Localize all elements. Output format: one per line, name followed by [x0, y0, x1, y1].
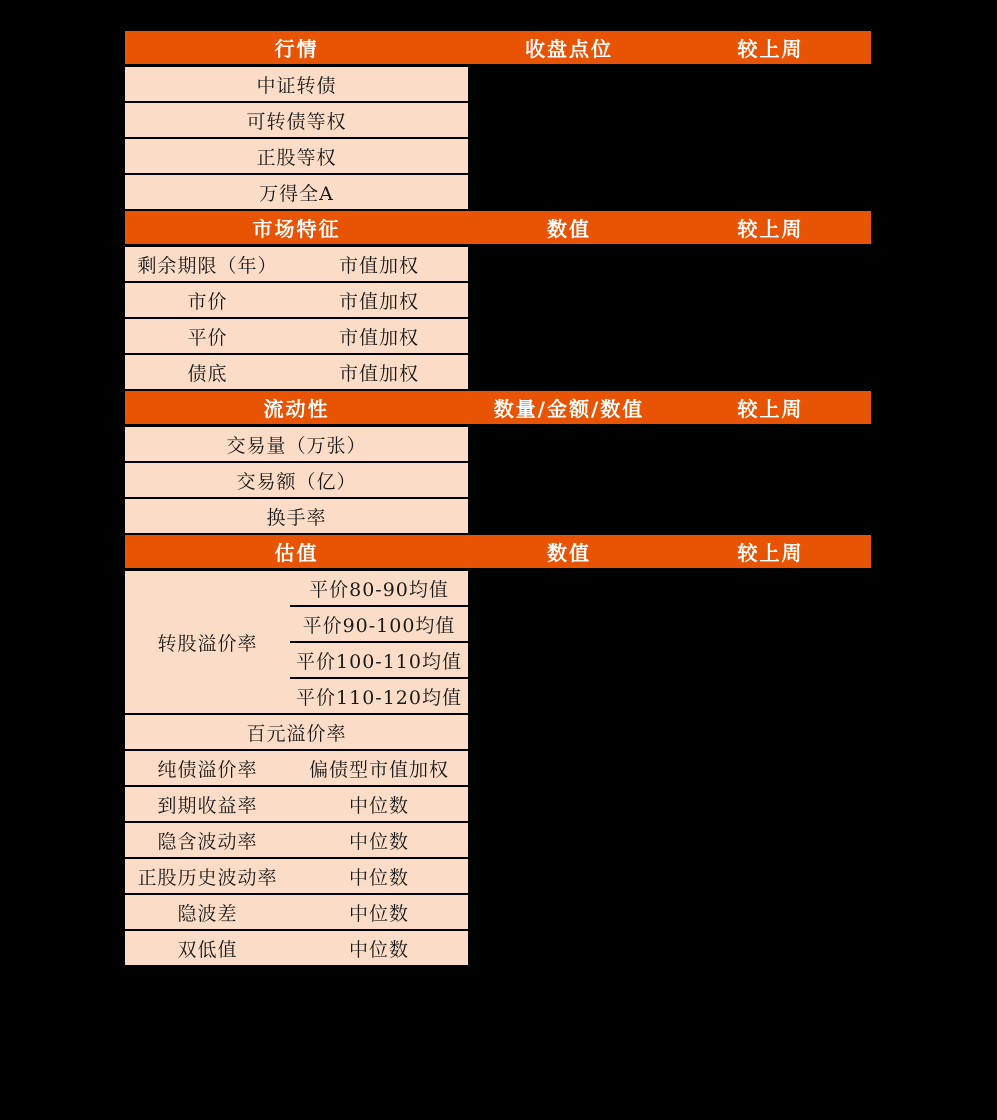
change-column-header: 较上周: [670, 213, 871, 242]
section-header-valuation: 估值 数值 较上周: [125, 535, 871, 568]
section-title: 市场特征: [125, 213, 468, 242]
row-label: 正股历史波动率: [125, 863, 290, 890]
row-label: 双低值: [125, 935, 290, 962]
section-title: 估值: [125, 537, 468, 566]
row-method: 市值加权: [290, 323, 468, 350]
table-row: 双低值 中位数: [125, 931, 468, 965]
table-row: 纯债溢价率 偏债型市值加权: [125, 751, 468, 785]
row-label: 隐含波动率: [125, 827, 290, 854]
row-label: 中证转债: [256, 71, 336, 98]
row-label: 百元溢价率: [246, 719, 346, 746]
table-row: 交易额（亿）: [125, 463, 468, 497]
row-label: 市价: [125, 287, 290, 314]
row-label: 换手率: [266, 503, 326, 530]
table-row: 平价 市值加权: [125, 319, 468, 353]
sub-row: 平价80-90均值: [290, 571, 468, 607]
table-row: 中证转债: [125, 67, 468, 101]
table-row: 债底 市值加权: [125, 355, 468, 389]
row-method: 市值加权: [290, 359, 468, 386]
section-title: 流动性: [125, 393, 468, 422]
row-label: 万得全A: [259, 179, 334, 206]
row-method: 中位数: [290, 899, 468, 926]
row-label: 剩余期限（年）: [125, 251, 290, 278]
table-row: 百元溢价率: [125, 715, 468, 749]
table-row: 隐含波动率 中位数: [125, 823, 468, 857]
row-label: 到期收益率: [125, 791, 290, 818]
table-row: 到期收益率 中位数: [125, 787, 468, 821]
row-method: 中位数: [290, 791, 468, 818]
group-sub-rows: 平价80-90均值 平价90-100均值 平价100-110均值 平价110-1…: [290, 571, 468, 713]
row-label: 可转债等权: [246, 107, 346, 134]
row-method: 偏债型市值加权: [290, 755, 468, 782]
sub-row: 平价90-100均值: [290, 607, 468, 643]
change-column-header: 较上周: [670, 537, 871, 566]
section-header-quotes: 行情 收盘点位 较上周: [125, 31, 871, 64]
table-row: 万得全A: [125, 175, 468, 209]
row-label: 债底: [125, 359, 290, 386]
rowspan-group-conversion-premium: 转股溢价率 平价80-90均值 平价90-100均值 平价100-110均值 平…: [125, 571, 468, 713]
row-label: 纯债溢价率: [125, 755, 290, 782]
row-method: 中位数: [290, 863, 468, 890]
summary-table: 行情 收盘点位 较上周 中证转债 可转债等权 正股等权 万得全A 市场特征 数值…: [125, 31, 871, 967]
row-method: 市值加权: [290, 251, 468, 278]
row-label: 正股等权: [256, 143, 336, 170]
table-row: 市价 市值加权: [125, 283, 468, 317]
row-method: 中位数: [290, 827, 468, 854]
table-row: 剩余期限（年） 市值加权: [125, 247, 468, 281]
section-header-liquidity: 流动性 数量/金额/数值 较上周: [125, 391, 871, 424]
row-method: 市值加权: [290, 287, 468, 314]
value-column-header: 数量/金额/数值: [468, 393, 670, 422]
table-row: 隐波差 中位数: [125, 895, 468, 929]
section-title: 行情: [125, 33, 468, 62]
sub-row: 平价100-110均值: [290, 643, 468, 679]
table-row: 正股等权: [125, 139, 468, 173]
value-column-header: 收盘点位: [468, 33, 670, 62]
section-header-market-features: 市场特征 数值 较上周: [125, 211, 871, 244]
row-label: 平价: [125, 323, 290, 350]
table-row: 正股历史波动率 中位数: [125, 859, 468, 893]
value-column-header: 数值: [468, 537, 670, 566]
table-row: 可转债等权: [125, 103, 468, 137]
change-column-header: 较上周: [670, 33, 871, 62]
value-column-header: 数值: [468, 213, 670, 242]
row-label: 交易额（亿）: [236, 467, 356, 494]
group-label: 转股溢价率: [125, 571, 290, 713]
sub-row: 平价110-120均值: [290, 679, 468, 713]
row-method: 中位数: [290, 935, 468, 962]
row-label: 隐波差: [125, 899, 290, 926]
change-column-header: 较上周: [670, 393, 871, 422]
table-row: 换手率: [125, 499, 468, 533]
table-row: 交易量（万张）: [125, 427, 468, 461]
row-label: 交易量（万张）: [226, 431, 366, 458]
